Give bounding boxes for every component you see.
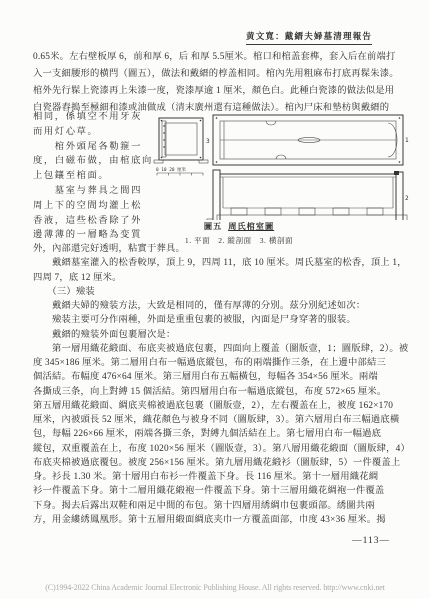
text-line: 周上下的空間均灌上松	[33, 199, 151, 214]
text-line: 方，用金縷綉鳳凰形。第十五層用緞面綢底夹巾一方覆盖面部，巾度 43×36 厘米。…	[33, 513, 409, 527]
text-line: 縱包，双重覆盖在上，布度 1020×56 厘米（圖版壹，3）。第八層用織花緞面（…	[33, 442, 409, 456]
text-line: 相同，係填空不用牙灰	[33, 110, 151, 125]
text-line: 身。衫長 1.30 米。第十層用白布衫一件覆盖下身。長 116 厘米。第十一層用…	[33, 470, 409, 484]
text-line: 個活結。布幅度 476×64 厘米。第三層用白布五幅橫包，每幅各 354×56 …	[33, 370, 409, 384]
scale-bar: 0 10 20 厘米	[156, 166, 203, 176]
text-line: 下身。揭去后露出双鞋和兩足中間的布包。第十四層用綉綢巾包裹頭部。綉圖共兩	[33, 499, 409, 513]
left-column-text: 相同，係填空不用牙灰而用灯心草。 棺外頭尾各勒箍一度，白磁布做，由棺底向上包鑲至…	[33, 110, 151, 246]
text-line: 度，白磁布做，由棺底向	[33, 154, 151, 169]
text-line: 第五層用織花緞面、綢底夹棉被過底包裹（圖版壹，2），左右覆盖在上，被度 162×…	[33, 399, 409, 413]
text-line: 第一層用織花緞面、布底夹被過底包裹，四面向上覆盖（圖版壹，1；圖版肆，2）。被	[33, 342, 409, 356]
text-line: 戴縉墓室灌入的松香較厚，頂上 9，四周 11，底 10 厘米。周氏墓室的松香，頂…	[33, 256, 409, 270]
text-line: 0.65米。左右壁板厚 6，前和厚 6，后 和厚 5.5厘米。棺口和棺盖套榫，套…	[33, 49, 407, 66]
text-line: 包，每幅 226×66 厘米，兩端各撕三条，對縛九個活結在上。第七層用白布一幅過…	[33, 427, 409, 441]
figure-part-label-plan: 1	[405, 137, 409, 144]
text-line: 邊薄薄的一層略為变質	[33, 228, 151, 243]
main-text-block: 外，內部還完好透明，粘實于葬具。 戴縉墓室灌入的松香較厚，頂上 9，四周 11，…	[33, 242, 409, 527]
figure-part-label-longitudinal: 2	[405, 195, 409, 202]
figure-number: 圖五	[204, 222, 222, 231]
cnki-copyright-footer: (C)1994-2022 China Academic Journal Elec…	[0, 583, 430, 592]
text-line: 衫一件覆盖下身。第十二層用織花緞袍一件覆盖下身。第十三層用織花綢袍一件覆盖	[33, 484, 409, 498]
text-line: 戴縉夫婦的殮装方法，大致是相同的，僅有厚薄的分別。茲分別紀述如次：	[33, 299, 409, 313]
text-line: 殮装主要可分作兩種，外面是重重包裹的被服，內面是尸身穿著的服装。	[33, 313, 409, 327]
text-line: 入一支細腰形的横閂（圖五），做法和戴縉的椁盖相同。棺內先用粗麻布打底再髹朱漆。	[33, 66, 407, 83]
text-line: （三）殮装	[33, 285, 409, 299]
running-header: 黄文寬：戴縉夫婦墓清理報告	[246, 30, 372, 45]
text-line: 四周 7，底 12 厘米。	[33, 271, 409, 285]
figure-caption-title: 圖五周氏棺室圖	[151, 221, 327, 232]
text-line: 棺外頭尾各勒箍一	[33, 140, 151, 155]
intro-paragraph: 0.65米。左右壁板厚 6，前和厚 6，后 和厚 5.5厘米。棺口和棺盖套榫，套…	[33, 49, 407, 117]
running-header-title: 黄文寬：戴縉夫婦墓清理報告	[246, 31, 372, 41]
text-line: 外，內部還完好透明，粘實于葬具。	[33, 242, 409, 256]
cross-section-diagram: 3	[154, 118, 210, 163]
text-line: 布底夹棉被過底覆包。被度 256×156 厘米。第九層用織花緞衫（圖版肆，5）一…	[33, 456, 409, 470]
text-line: 墓室与葬具之間四	[33, 184, 151, 199]
figure-5-coffin-chamber: 3 0 10 20 厘米	[151, 110, 409, 246]
text-line: 戴縉的殮装外面包裹層次是：	[33, 328, 409, 342]
longitudinal-section-diagram: 2	[207, 170, 409, 220]
text-line: 而用灯心草。	[33, 125, 151, 140]
figure-5-drawing: 3 0 10 20 厘米	[151, 110, 409, 220]
text-line: 厘米，內被頭長 52 厘米，織花顏色与被身不同（圖版肆，3）。第六層用白布三幅過…	[33, 413, 409, 427]
text-line: 香液，這些松香除了外	[33, 214, 151, 229]
scanned-document-page: 黄文寬：戴縉夫婦墓清理報告 0.65米。左右壁板厚 6，前和厚 6，后 和厚 5…	[0, 0, 430, 599]
text-line: 棺外先行髹上瓷漆再上朱漆一度，瓷漆厚逾 1 厘米，顏色白。此種白瓷漆的做法似是用	[33, 83, 407, 100]
plan-view-diagram: 1	[213, 115, 409, 165]
page-number: —113—	[0, 536, 390, 546]
figure-part-label-cross: 3	[206, 138, 210, 145]
text-and-figure-row: 相同，係填空不用牙灰而用灯心草。 棺外頭尾各勒箍一度，白磁布做，由棺底向上包鑲至…	[33, 110, 409, 246]
text-line: 度 345×186 厘米。第二層用白布一幅過底縱包，布的兩端撕作三条，在上邊中部…	[33, 356, 409, 370]
text-line: 各撕成三条，向上對縛 15 個活結。第四層用白布一幅過底縱包，布度 572×65…	[33, 385, 409, 399]
text-line: 上包鑲至棺面。	[33, 169, 151, 184]
scale-bar-label: 0 10 20 厘米	[156, 166, 187, 173]
figure-name: 周氏棺室圖	[228, 222, 274, 231]
